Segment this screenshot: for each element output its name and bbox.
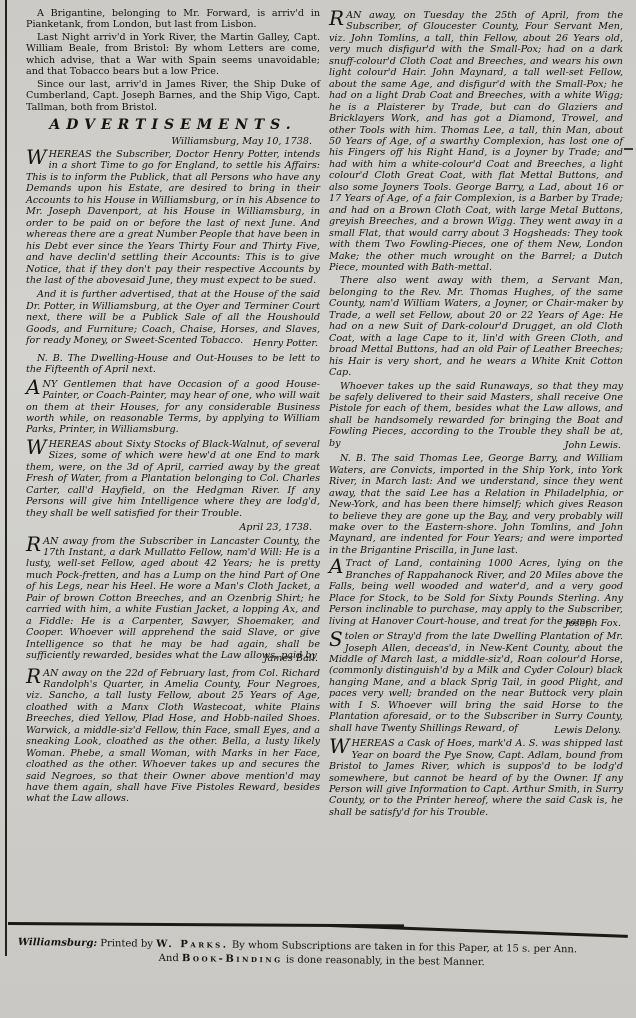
- scan-edge-line: [5, 0, 7, 956]
- signature: John Lewis.: [329, 440, 623, 451]
- advertisement-black-walnut: WHEREAS about Sixty Stocks of Black-Waln…: [26, 439, 320, 519]
- imprint-text: Williamsburg: Printed by W. Parks. By wh…: [18, 936, 626, 971]
- advertisement-cask-of-hoes: WHEREAS a Cask of Hoes, mark'd A. S. was…: [329, 738, 623, 818]
- nota-bene: N. B. The said Thomas Lee, George Barry,…: [329, 453, 623, 556]
- book-binding-label: Book-Binding: [182, 953, 283, 965]
- dateline: Williamsburg, May 10, 1738.: [26, 136, 320, 147]
- advertisement-runaway-gloucester: RAN away, on Tuesday the 25th of April, …: [329, 10, 623, 273]
- imprint-footer: Williamsburg: Printed by W. Parks. By wh…: [0, 908, 636, 1018]
- news-item: A Brigantine, belonging to Mr. Forward, …: [26, 8, 320, 31]
- scan-artifact-dash: [624, 148, 633, 150]
- imprint-binding-rest: is done reasonably, in the best Manner.: [286, 954, 485, 968]
- advertisement-tract-of-land: A Tract of Land, containing 1000 Acres, …: [329, 558, 623, 627]
- advertisements-heading: ADVERTISEMENTS.: [26, 120, 320, 131]
- imprint-place: Williamsburg:: [18, 937, 97, 949]
- column-right: RAN away, on Tuesday the 25th of April, …: [329, 8, 623, 820]
- advertisement-house-painter: ANY Gentlemen that have Occasion of a go…: [26, 379, 320, 436]
- advertisement-stolen-horse: Stolen or Stray'd from the late Dwelling…: [329, 631, 623, 734]
- printer-name: W. Parks.: [156, 939, 229, 951]
- column-left: A Brigantine, belonging to Mr. Forward, …: [26, 8, 320, 820]
- text-columns: A Brigantine, belonging to Mr. Forward, …: [26, 8, 623, 820]
- newspaper-page: A Brigantine, belonging to Mr. Forward, …: [0, 0, 636, 1018]
- news-item: Last Night arriv'd in York River, the Ma…: [26, 32, 320, 78]
- divider-rule-2: [330, 924, 628, 937]
- nota-bene: N. B. The Dwelling-House and Out-Houses …: [26, 353, 320, 376]
- advertisement-potter: WHEREAS the Subscriber, Doctor Henry Pot…: [26, 149, 320, 286]
- advertisement-servant-man: There also went away with them, a Servan…: [329, 275, 623, 378]
- advertisement-runaway-lancaster: RAN away from the Subscriber in Lancaste…: [26, 536, 320, 662]
- advertisement-runaway-amelia: RAN away on the 22d of February last, fr…: [26, 668, 320, 805]
- imprint-and: And: [159, 952, 179, 963]
- news-item: Since our last, arriv'd in James River, …: [26, 79, 320, 113]
- imprint-printed-by: Printed by: [100, 938, 153, 950]
- dateline: April 23, 1738.: [26, 522, 320, 533]
